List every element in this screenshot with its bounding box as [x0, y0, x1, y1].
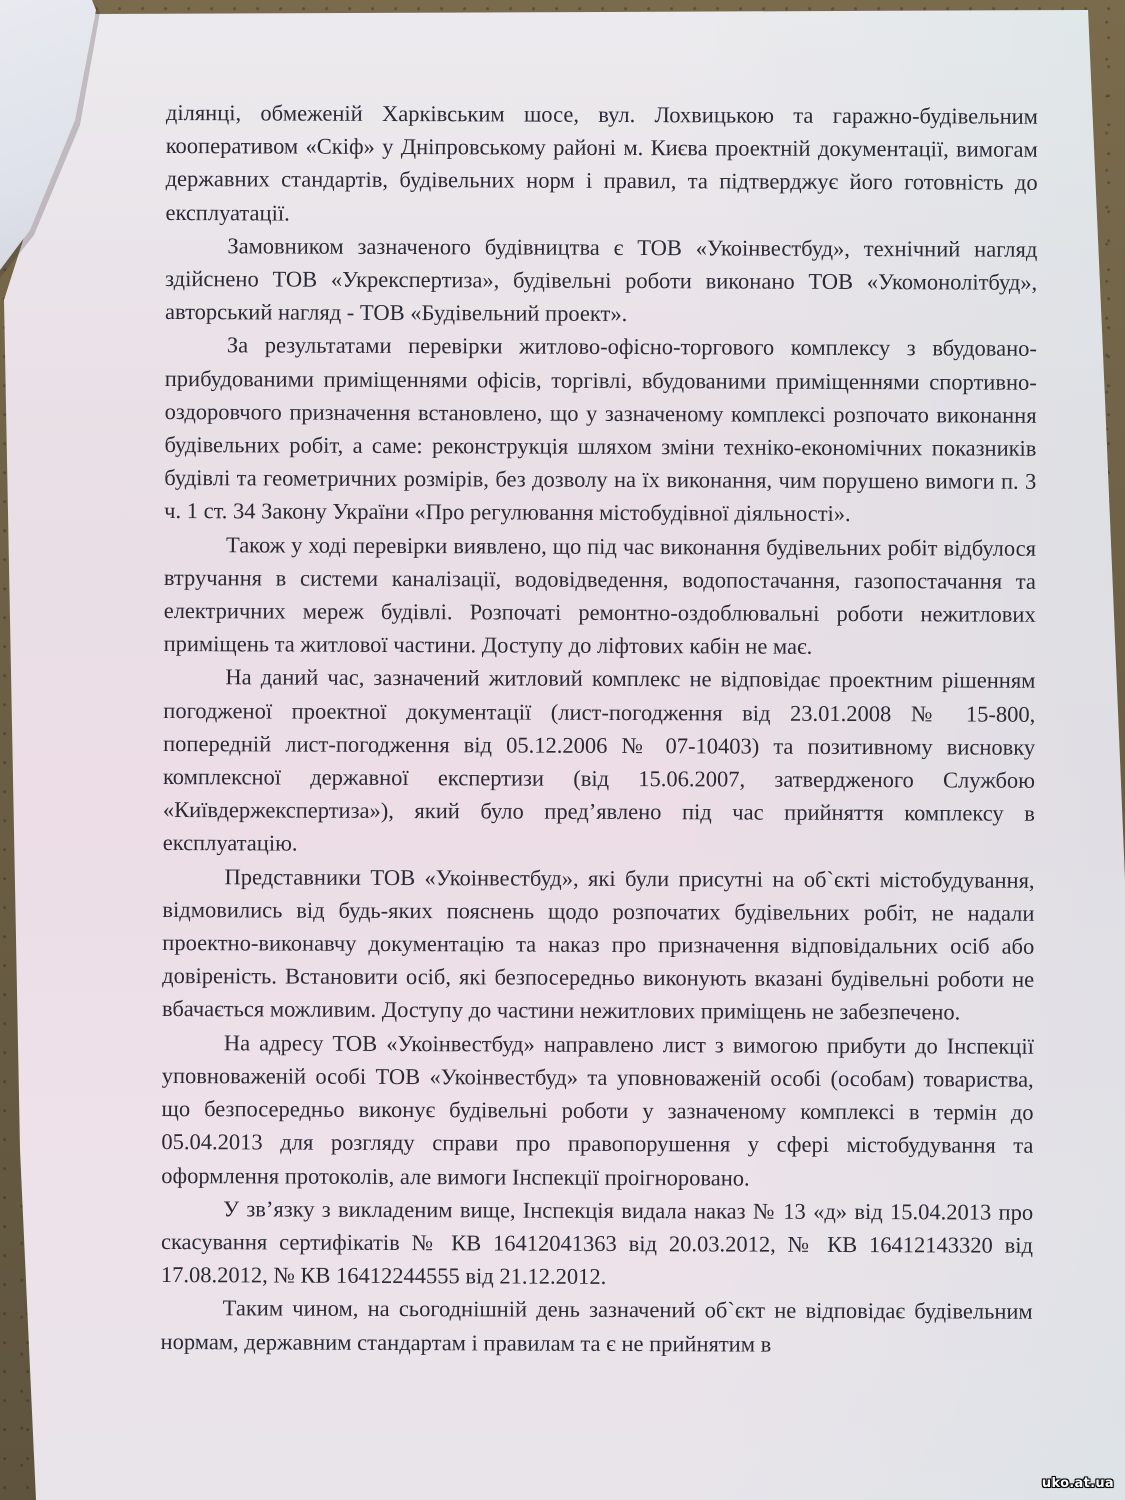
- paragraph-letter-sent: На адресу ТОВ «Укоінвестбуд» направлено …: [161, 1026, 1034, 1196]
- paragraph-inspection-results: За результатами перевірки житлово-офісно…: [164, 328, 1037, 531]
- paragraph-site-description: ділянці, обмеженій Харківським шосе, вул…: [165, 96, 1038, 233]
- paragraph-non-compliance: На даний час, зазначений житловий компле…: [163, 660, 1036, 863]
- site-watermark: uko.at.ua: [1042, 1476, 1114, 1491]
- paragraph-systems-interference: Також у ході перевірки виявлено, що під …: [164, 528, 1037, 665]
- paragraph-customer: Замовником зазначеного будівництва є ТОВ…: [165, 229, 1037, 332]
- document-body: ділянці, обмеженій Харківським шосе, вул…: [160, 96, 1037, 1362]
- paragraph-representatives: Представники ТОВ «Укоінвестбуд», які бул…: [162, 860, 1035, 1030]
- paragraph-order-issued: У зв’язку з викладеним вище, Інспекція в…: [161, 1192, 1033, 1295]
- paragraph-conclusion: Таким чином, на сьогоднішній день зазнач…: [160, 1291, 1032, 1361]
